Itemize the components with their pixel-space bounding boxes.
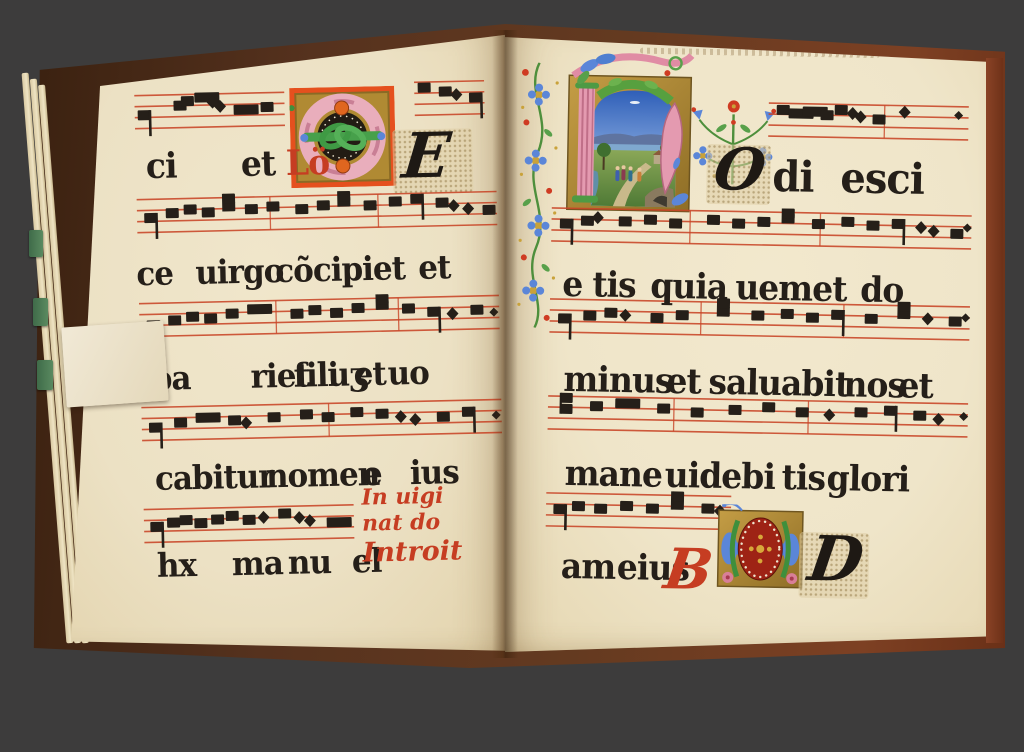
chant-text-line: etisquiauemetdo (500, 263, 982, 316)
neume-sq (950, 229, 963, 239)
neume-sq (260, 102, 273, 112)
neume-sq (186, 312, 199, 322)
neume-sq (228, 415, 241, 425)
neume-dg (448, 199, 460, 212)
neume-sq (245, 204, 258, 214)
chant-word: uemet (735, 266, 847, 309)
neume-br (327, 517, 352, 528)
neume-sq (290, 309, 303, 319)
chant-word: uo (387, 354, 429, 393)
chant-word: nu (287, 543, 331, 582)
neume-sq (267, 412, 280, 422)
chant-word: tis (592, 264, 636, 306)
chant-word: nos (843, 363, 905, 406)
neume-ta (462, 407, 476, 433)
cadel-letter: B (660, 536, 717, 603)
neume-dg (257, 511, 269, 524)
rubric-line: nat do (362, 509, 462, 537)
neume-sq (330, 308, 343, 318)
cadel-initial-D: D (805, 528, 868, 591)
neume-sq (777, 105, 790, 115)
neume-sq (266, 201, 279, 211)
neume-po (222, 194, 235, 212)
neume-cu (959, 412, 968, 421)
neume-sq (913, 411, 926, 421)
neume-sq (581, 216, 594, 226)
chant-word: et (898, 364, 933, 406)
chant-text-line: minusetsaluabitnoset (498, 358, 980, 411)
neume-sq (669, 218, 682, 228)
right-page-content: O diescietisquiauemetdominusetsaluabitno… (493, 40, 986, 659)
music-staff (414, 73, 486, 143)
chant-word: minus (563, 358, 673, 401)
neume-sq (439, 86, 452, 96)
neume-sq (650, 313, 663, 323)
neume-br (234, 104, 259, 115)
neume-sq (796, 407, 809, 417)
chant-word: quia (650, 265, 728, 308)
chant-word: ce (136, 255, 173, 294)
neume-sq (243, 515, 256, 525)
neume-sq (375, 409, 388, 419)
neume-ta (831, 310, 845, 336)
parchment-index-tab (61, 321, 168, 408)
neume-sq (572, 501, 585, 511)
chant-word: e (562, 263, 583, 305)
chant-word: di (772, 152, 814, 203)
neume-sq (300, 409, 313, 419)
chant-word: do (860, 269, 904, 311)
chant-word: saluabit (708, 361, 850, 405)
green-fabric-tab (33, 298, 48, 326)
neume-sq (389, 196, 402, 206)
green-fabric-tab (37, 360, 53, 390)
neume-po (782, 208, 795, 223)
neume-sq (812, 219, 825, 229)
neume-sq (676, 310, 689, 320)
neume-po (375, 294, 388, 310)
photograph-of-manuscript: E cietLöceuirgocõcipietetparietfiliuʒetu… (0, 0, 1024, 752)
neume-sq (211, 514, 224, 524)
neume-ta (150, 522, 164, 548)
neume-sq (594, 504, 607, 514)
chant-word: uirgo (195, 252, 284, 292)
neume-sq (806, 313, 819, 323)
chant-word: ci (145, 145, 177, 187)
neume-sq (949, 316, 962, 326)
chant-text-line: maneuidebitisglori (496, 452, 978, 505)
neume-sq (194, 518, 207, 528)
chant-word: cõcipiet (275, 250, 406, 291)
neume-sq (278, 508, 291, 518)
neume-br (195, 412, 220, 423)
chant-word: et (240, 142, 275, 184)
neume-sq (351, 303, 364, 313)
cadel-letter: D (804, 522, 868, 596)
neume-sq (691, 407, 704, 417)
neume-sq (204, 313, 217, 323)
neume-ta (891, 219, 905, 245)
neume-dg (915, 221, 927, 234)
neume-dg (293, 511, 305, 524)
neume-sq (583, 311, 596, 321)
neume-sq (865, 314, 878, 324)
neume-sq (418, 82, 431, 92)
neume-sq (757, 217, 770, 227)
illuminated-initial-O (714, 504, 806, 591)
neume-sq (707, 215, 720, 225)
neume-sq (402, 303, 415, 313)
neume-sq (174, 418, 187, 428)
neume-sq (701, 504, 714, 514)
neume-sq (866, 221, 879, 231)
neume-sq (181, 96, 194, 106)
neume-sq (167, 518, 180, 528)
neume-br (247, 304, 272, 315)
neume-sq (180, 515, 193, 525)
neume-sq (350, 407, 363, 417)
neume-sq (732, 218, 745, 228)
chant-word: et (666, 360, 701, 402)
neume-sq (841, 217, 854, 227)
chant-word: uidebi (664, 454, 775, 497)
chant-text-line: diesci (502, 148, 984, 201)
neume-cu (954, 111, 963, 120)
neume-dg (450, 88, 462, 101)
neume-sq (437, 412, 450, 422)
neume-sq (226, 511, 239, 521)
neume-cu (963, 223, 972, 232)
neume-dg (823, 408, 835, 421)
chant-text-line: ceuirgocõcipietet (93, 248, 504, 301)
neume-po (337, 191, 350, 207)
chant-word: Lö (285, 141, 329, 183)
gutter-shadow (492, 30, 518, 658)
neume-sq (322, 412, 335, 422)
neume-sq (184, 204, 197, 214)
chant-word: ma (232, 544, 284, 583)
neume-sq (308, 305, 321, 315)
neume-sq (620, 501, 633, 511)
orange-ball (334, 101, 348, 115)
red-cadel-initial-B: B (661, 541, 716, 598)
green-fabric-tab (29, 230, 43, 257)
neume-sq (226, 308, 239, 318)
neume-ta (558, 313, 572, 339)
neume-sq (317, 200, 330, 210)
chant-word: esci (840, 153, 924, 204)
rubric-line: In uigi (361, 483, 461, 511)
neume-sq (872, 114, 885, 124)
neume-sq (470, 305, 483, 315)
neume-sq (835, 105, 848, 115)
neume-ta (149, 422, 163, 448)
chant-word: am (561, 545, 616, 587)
rubric-block: In uiginat doIntroit (361, 483, 463, 569)
chant-text-line: cietLö (90, 138, 501, 191)
neume-sq (202, 207, 215, 217)
chant-word: cabitur (155, 458, 274, 499)
chant-word: tis (781, 456, 825, 498)
chant-word: et (353, 355, 386, 394)
rubric-line: Introit (362, 535, 462, 569)
neume-sq (364, 200, 377, 210)
neume-ta (138, 110, 152, 136)
neume-sq (435, 197, 448, 207)
neume-ta (144, 213, 158, 239)
right-page: O diescietisquiauemetdominusetsaluabitno… (505, 34, 986, 652)
chant-word: et (418, 248, 451, 287)
neume-sq (295, 204, 308, 214)
neume-sq (168, 315, 181, 325)
neume-sq (166, 208, 179, 218)
neume-sq (644, 215, 657, 225)
book-fore-edge (986, 58, 1003, 643)
chant-word: glori (826, 457, 909, 500)
neume-sq (821, 110, 834, 120)
neume-sq (619, 216, 632, 226)
chant-word: hx (157, 546, 197, 585)
chant-word: mane (564, 452, 662, 495)
neume-sq (646, 504, 659, 514)
